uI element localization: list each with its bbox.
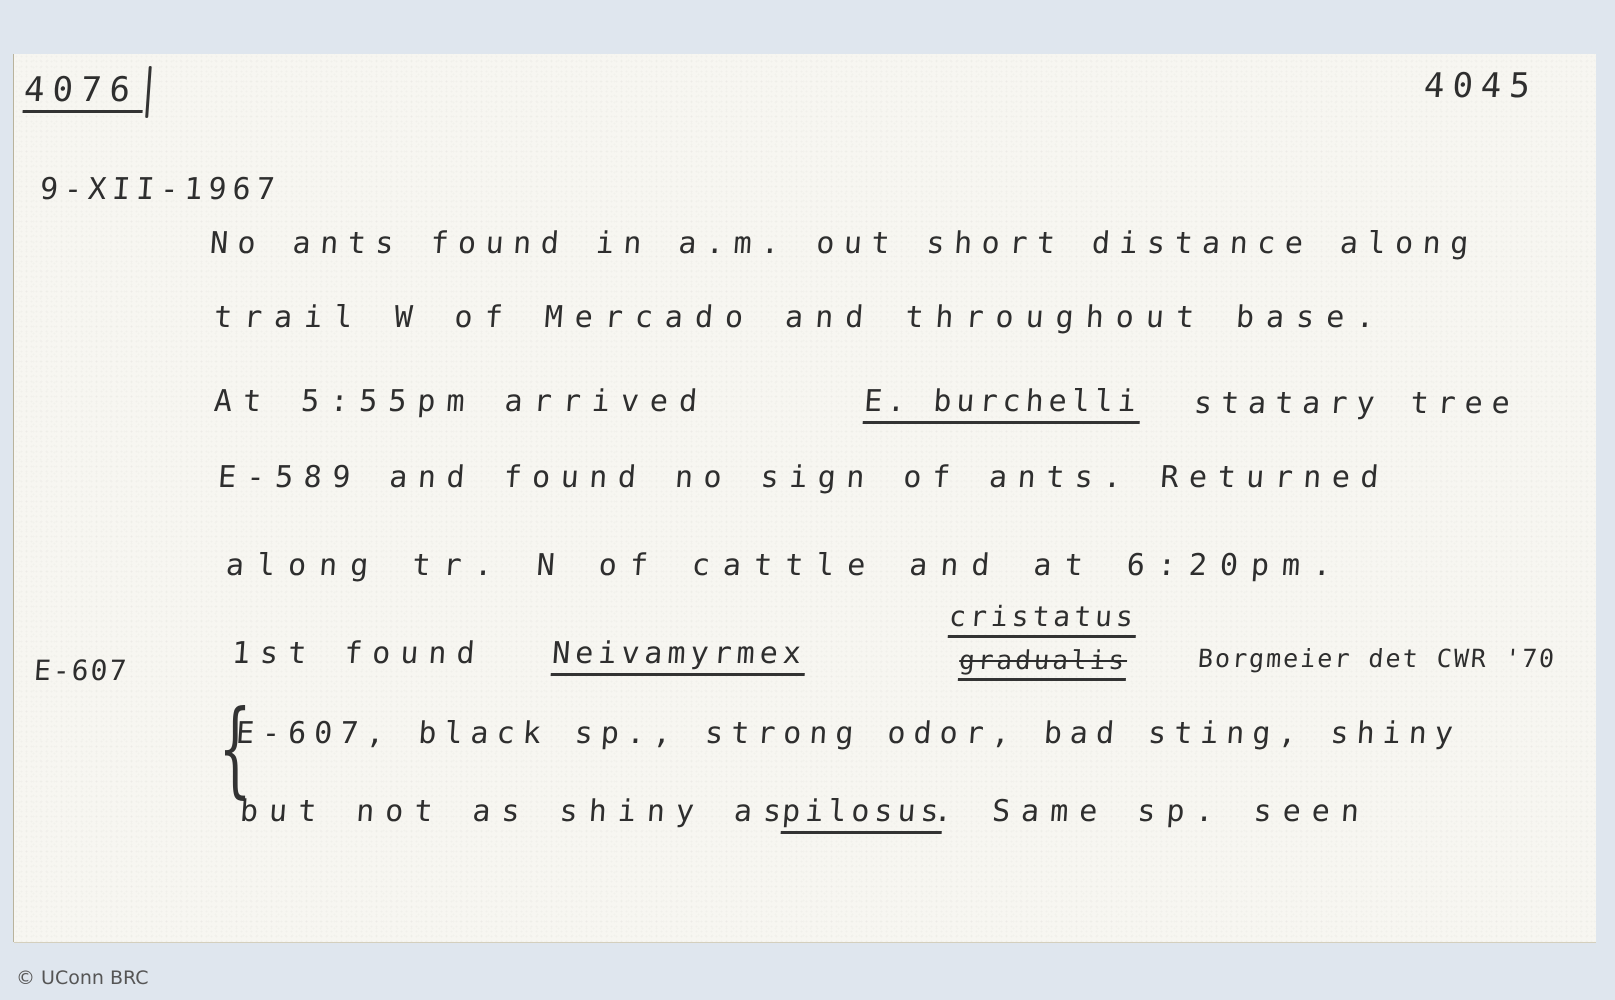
determination-note: Borgmeier det CWR '70	[1197, 644, 1557, 673]
note-line-2: trail W of Mercado and throughout base.	[213, 300, 1388, 335]
card-number-left: 4076	[22, 70, 145, 113]
copyright-notice: © UConn BRC	[16, 967, 149, 989]
species-correction-cristatus: cristatus	[948, 600, 1138, 638]
margin-specimen-label: E-607	[33, 654, 130, 687]
entry-prefix: 1st found	[231, 636, 486, 671]
note-line-5: along tr. N of cattle and at 6:20pm.	[225, 548, 1346, 583]
species-pilosus: pilosus	[781, 794, 945, 834]
note-line-3-end: statary tree	[1193, 386, 1520, 421]
species-struck-gradualis: gradualis	[958, 646, 1128, 681]
card-date: 9-XII-1967	[39, 172, 282, 207]
species-burchelli: E. burchelli	[863, 384, 1143, 424]
note-line-4: E-589 and found no sign of ants. Returne…	[217, 460, 1390, 495]
card-number-right: 4045	[1423, 66, 1540, 106]
note-line-1: No ants found in a.m. out short distance…	[209, 226, 1479, 261]
genus-neivamyrmex: Neivamyrmex	[551, 636, 807, 676]
entry-line-2: E-607, black sp., strong odor, bad sting…	[235, 716, 1462, 751]
field-note-card: 4076 4045 9-XII-1967 No ants found in a.…	[14, 54, 1596, 942]
entry-line-3-end: . Same sp. seen	[933, 794, 1371, 829]
note-line-3-start: At 5:55pm arrived	[213, 384, 709, 419]
entry-line-3-start: but not as shiny as	[239, 794, 794, 829]
